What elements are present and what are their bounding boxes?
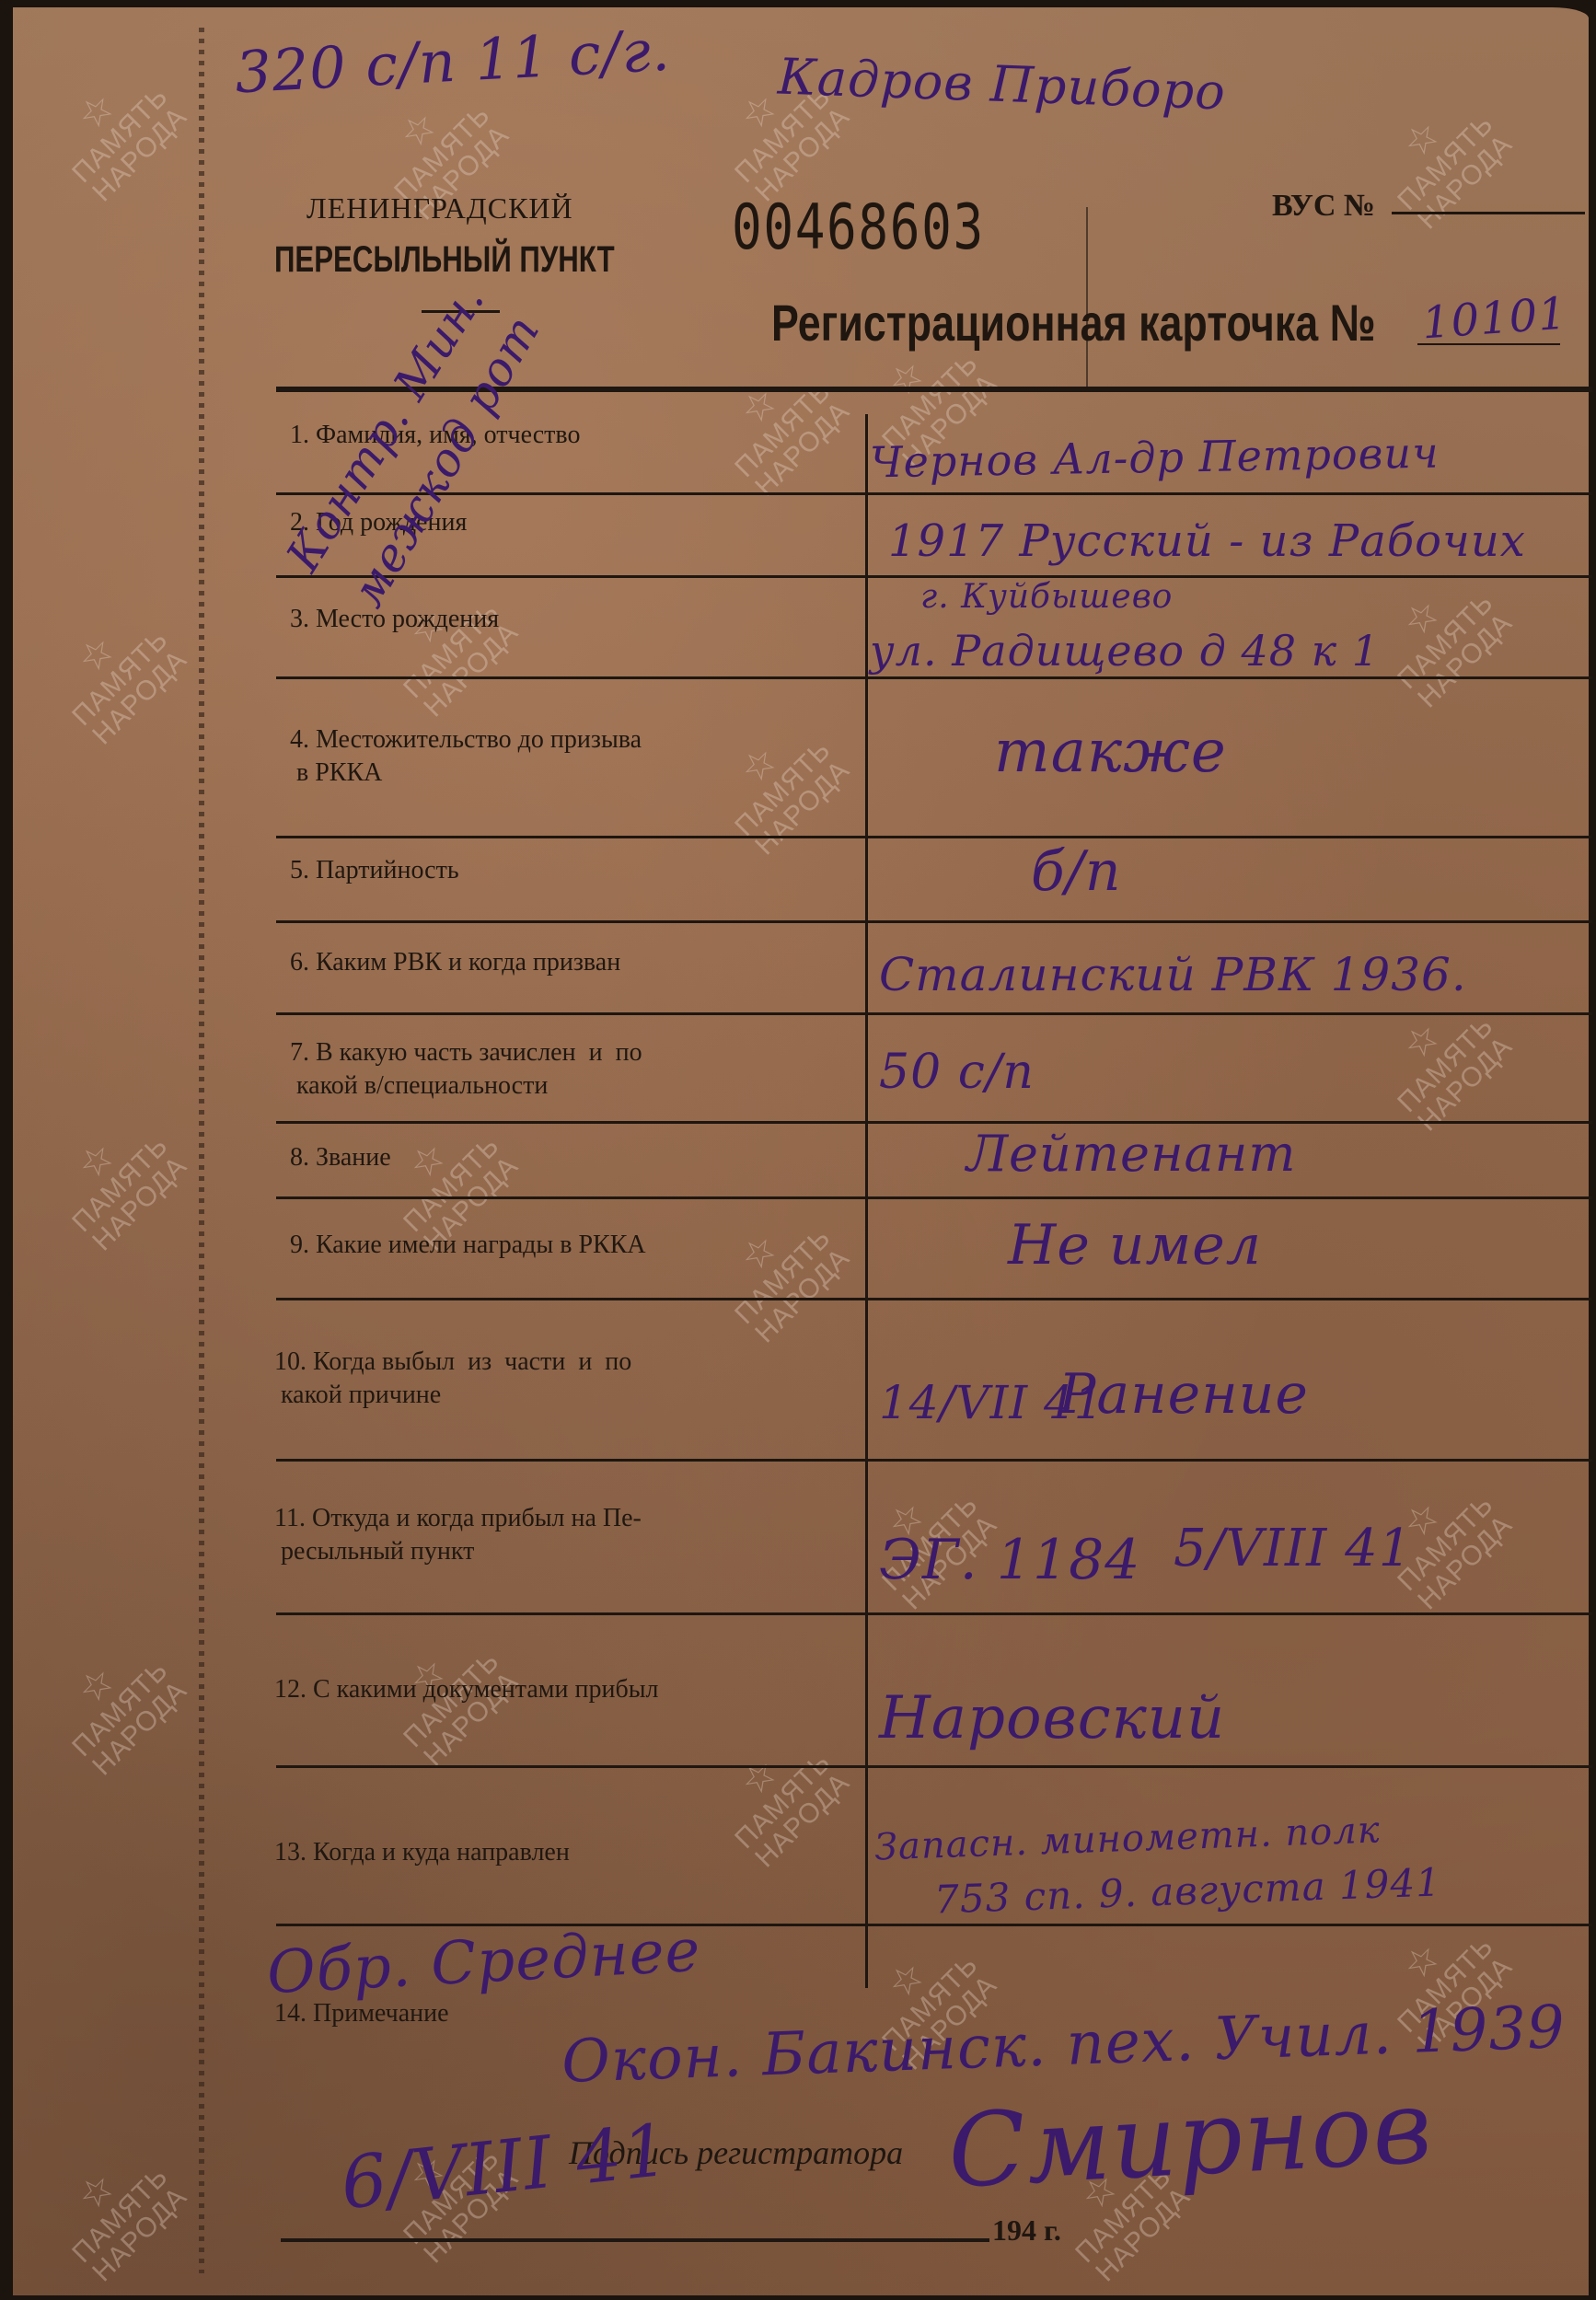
- field-value: Наровский: [879, 1684, 1225, 1752]
- card-number-line: [1417, 343, 1560, 345]
- field-label-text: Каким РВК и когда призван: [316, 948, 620, 977]
- field-label-text: Местожительство до призыва в РККА: [290, 725, 642, 787]
- org-name-line1: ЛЕНИНГРАДСКИЙ: [306, 191, 573, 225]
- column-divider: [865, 414, 868, 1988]
- field-value: 50 с/п: [879, 1045, 1035, 1100]
- row-separator: [276, 1121, 1592, 1124]
- field-value: Ранение: [1058, 1362, 1309, 1427]
- field-label: 11. Откуда и когда прибыл на Пе- ресыльн…: [274, 1502, 642, 1568]
- field-label: 13. Когда и куда направлен: [274, 1836, 570, 1869]
- field-value: Сталинский РВК 1936.: [879, 948, 1467, 1001]
- perforation-edge: [199, 28, 204, 2273]
- field-value: 1917 Русский - из Рабочих: [888, 515, 1526, 567]
- field-number: 9.: [290, 1231, 309, 1259]
- field-value: б/п: [1031, 839, 1121, 904]
- field-label-text: Когда выбыл из части и по какой причине: [274, 1347, 631, 1409]
- field-label: 7. В какую часть зачислен и по какой в/с…: [290, 1036, 642, 1103]
- field-label: 10. Когда выбыл из части и по какой прич…: [274, 1346, 631, 1412]
- row-separator: [276, 920, 1592, 923]
- card-title: Регистрационная карточка №: [771, 293, 1376, 353]
- field-label-text: Какие имели награды в РККА: [316, 1231, 646, 1259]
- field-label-text: Откуда и когда прибыл на Пе- ресыльный п…: [274, 1504, 642, 1566]
- date-line: [281, 2238, 989, 2242]
- row-separator: [276, 1298, 1592, 1300]
- field-value: Не имел: [1008, 1213, 1262, 1277]
- field-label-text: Когда и куда направлен: [313, 1838, 570, 1867]
- field-label: 9. Какие имели награды в РККА: [290, 1229, 646, 1262]
- field-label: 6. Каким РВК и когда призван: [290, 946, 620, 979]
- field-value: ул. Радищево д 48 к 1: [870, 626, 1380, 676]
- field-label-text: В какую часть зачислен и по какой в/спец…: [290, 1038, 642, 1100]
- field-label-text: Партийность: [316, 856, 459, 884]
- field-number: 13.: [274, 1838, 306, 1867]
- field-label-text: Место рождения: [316, 605, 499, 633]
- row-separator: [276, 1012, 1592, 1015]
- row-separator: [276, 1924, 1592, 1926]
- row-separator: [276, 1196, 1592, 1199]
- org-name-line2: ПЕРЕСЫЛЬНЫЙ ПУНКТ: [274, 239, 615, 281]
- field-number: 8.: [290, 1143, 309, 1172]
- row-separator: [276, 1612, 1592, 1615]
- field-value: Чернов Ал-др Петрович: [870, 428, 1440, 488]
- field-value: Лейтенант: [966, 1125, 1297, 1183]
- row-separator: [276, 836, 1592, 838]
- row-separator: [276, 1459, 1592, 1462]
- year-suffix: 194 г.: [992, 2213, 1061, 2248]
- row-separator: [276, 676, 1592, 679]
- field-number: 6.: [290, 948, 309, 977]
- field-label: 5. Партийность: [290, 854, 459, 887]
- field-number: 12.: [274, 1675, 306, 1704]
- row-separator: [276, 492, 1592, 495]
- field-value: г. Куйбышево: [920, 578, 1173, 616]
- row-separator: [276, 1765, 1592, 1768]
- field-label: 8. Звание: [290, 1141, 391, 1174]
- field-number: 7.: [290, 1038, 309, 1067]
- field-value: 5/VIII 41: [1174, 1519, 1412, 1578]
- serial-number: 00468603: [732, 191, 985, 264]
- field-value: ЭГ. 1184: [879, 1528, 1140, 1592]
- field-number: 5.: [290, 856, 309, 884]
- field-label: 3. Место рождения: [290, 603, 499, 636]
- card-number: 10101: [1420, 288, 1568, 350]
- vus-label: ВУС №: [1272, 189, 1375, 224]
- field-number: 4.: [290, 725, 309, 754]
- field-label: 4. Местожительство до призыва в РККА: [290, 723, 642, 790]
- field-number: 10.: [274, 1347, 306, 1376]
- field-label-text: Звание: [316, 1143, 391, 1172]
- field-label: 12. С какими документами прибыл: [274, 1673, 659, 1706]
- field-value: также: [994, 718, 1227, 786]
- field-number: 1.: [290, 421, 309, 449]
- field-number: 3.: [290, 605, 309, 633]
- vus-value-line: [1392, 212, 1585, 214]
- field-label-text: С какими документами прибыл: [313, 1675, 659, 1704]
- field-number: 11.: [274, 1504, 306, 1532]
